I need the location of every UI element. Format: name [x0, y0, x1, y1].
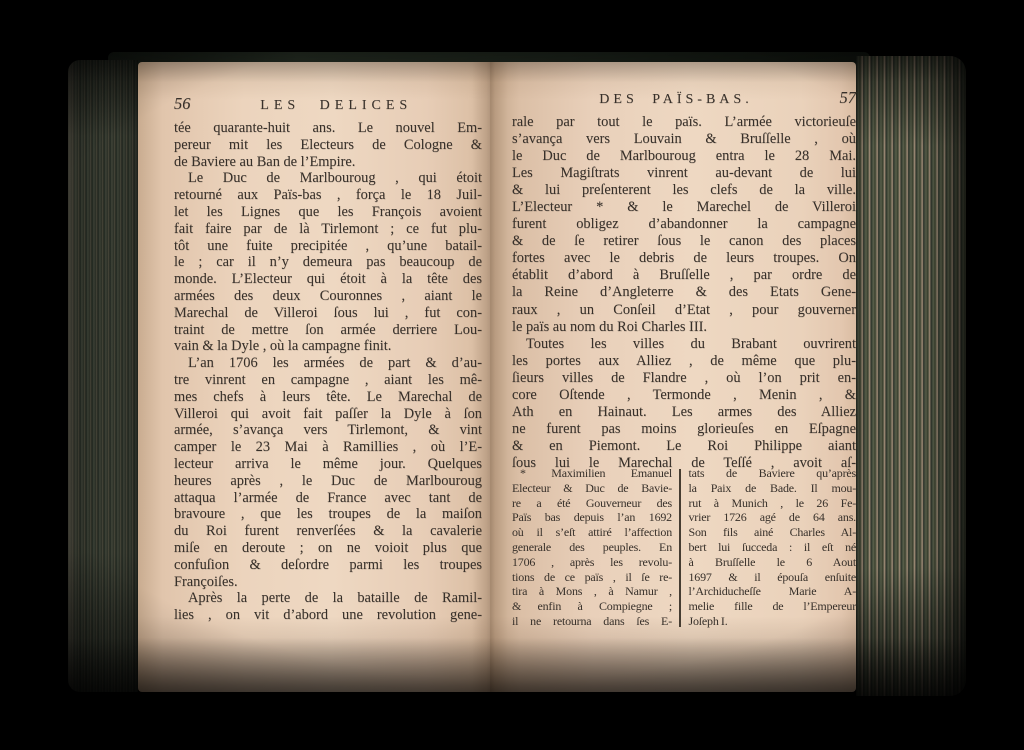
- right-page-header: DES PAÏS-BAS. 57: [512, 88, 856, 110]
- left-page-text: 56 LES DELICES tée quarante-huit ans. Le…: [174, 94, 482, 624]
- text-line: Son fils ainé Charles Al-: [689, 525, 857, 540]
- right-page-number: 57: [822, 88, 856, 108]
- text-line: le païs au nom du Roi Charles III.: [512, 319, 856, 336]
- footnote: * Maximilien EmanuelElecteur & Duc de Ba…: [512, 466, 856, 629]
- text-line: tira à Mons , à Namur ,: [512, 584, 672, 599]
- left-page-body: tée quarante-huit ans. Le nouvel Em-pere…: [174, 120, 482, 624]
- text-line: vrier 1726 agé de 64 ans.: [689, 510, 857, 525]
- book-photo: 56 LES DELICES tée quarante-huit ans. Le…: [0, 0, 1024, 750]
- text-line: retourné aux Païs-bas , força le 18 Juil…: [174, 187, 482, 204]
- text-line: heures après , le Duc de Marlbouroug: [174, 473, 482, 490]
- text-line: L’Electeur * & le Marechel de Villeroi: [512, 199, 856, 216]
- text-line: fait faire par de là Tirlemont ; ce fut …: [174, 221, 482, 238]
- text-line: lecteur arriva le même jour. Quelques: [174, 456, 482, 473]
- text-line: il ne retourna dans ſes E-: [512, 614, 672, 629]
- right-page-text: DES PAÏS-BAS. 57 rale par tout le païs. …: [512, 88, 856, 472]
- text-line: la Paix de Bade. Il mou-: [689, 481, 857, 496]
- text-line: lies , on vit d’abord une revolution gen…: [174, 607, 482, 624]
- text-line: let les Lignes que les François avoient: [174, 204, 482, 221]
- text-line: furent obligez d’abandonner la campagne: [512, 216, 856, 233]
- text-line: la Reine d’Angleterre & des Etats Gene-: [512, 284, 856, 301]
- text-line: du Roi furent renverſées & la cavalerie: [174, 523, 482, 540]
- text-line: Electeur & Duc de Bavie-: [512, 481, 672, 496]
- text-line: & lui preſenterent les clefs de la ville…: [512, 182, 856, 199]
- text-line: fortes avec le debris de leurs troupes. …: [512, 250, 856, 267]
- footnote-column-1: * Maximilien EmanuelElecteur & Duc de Ba…: [512, 466, 672, 629]
- text-line: generale des peuples. En: [512, 540, 672, 555]
- text-line: tée quarante-huit ans. Le nouvel Em-: [174, 120, 482, 137]
- right-fore-edge: [856, 56, 966, 696]
- text-line: ſieurs villes de Flandre , où l’on prit …: [512, 370, 856, 387]
- text-line: le Duc de Marlbouroug entra le 28 Mai.: [512, 148, 856, 165]
- text-line: Toutes les villes du Brabant ouvrirent: [512, 336, 856, 353]
- text-line: les portes aux Alliez , de même que plu-: [512, 353, 856, 370]
- text-line: Le Duc de Marlbouroug , qui étoit: [174, 170, 482, 187]
- left-page: 56 LES DELICES tée quarante-huit ans. Le…: [138, 62, 490, 692]
- text-line: confuſion & deſordre parmi les troupes: [174, 557, 482, 574]
- right-page: DES PAÏS-BAS. 57 rale par tout le païs. …: [490, 62, 856, 692]
- text-line: mes chefs à leurs tête. Le Marechal de: [174, 389, 482, 406]
- text-line: rut à Munich , le 26 Fe-: [689, 496, 857, 511]
- text-line: miſe en deroute ; on ne voioit plus que: [174, 540, 482, 557]
- text-line: Païs bas depuis l’an 1692: [512, 510, 672, 525]
- text-line: tats de Baviere qu’après: [689, 466, 857, 481]
- text-line: Les Magiſtrats vinrent au-devant de lui: [512, 165, 856, 182]
- open-book: 56 LES DELICES tée quarante-huit ans. Le…: [68, 50, 966, 700]
- text-line: pereur mit les Electeurs de Cologne &: [174, 137, 482, 154]
- text-line: Après la perte de la bataille de Ramil-: [174, 590, 482, 607]
- footnote-divider: [679, 469, 681, 627]
- text-line: bert lui ſucceda : il eſt né: [689, 540, 857, 555]
- text-line: Joſeph I.: [689, 614, 857, 629]
- text-line: raux , un Conſeil d’Etat , pour gouverne…: [512, 302, 856, 319]
- text-line: melie fille de l’Empereur: [689, 599, 857, 614]
- text-line: armées des deux Couronnes , aiant le: [174, 288, 482, 305]
- text-line: core Oſtende , Termonde , Menin , &: [512, 387, 856, 404]
- right-running-head: DES PAÏS-BAS.: [512, 92, 822, 108]
- text-line: l’Archiducheſſe Marie A-: [689, 584, 857, 599]
- text-line: où il s’eſt attiré l’affection: [512, 525, 672, 540]
- right-page-body: rale par tout le païs. L’armée victorieu…: [512, 114, 856, 472]
- left-fore-edge: [68, 60, 138, 692]
- text-line: traint de mettre ſon armée derriere Lou-: [174, 322, 482, 339]
- text-line: & de ſe retirer ſous le canon des places: [512, 233, 856, 250]
- text-line: re a été Gouverneur des: [512, 496, 672, 511]
- text-line: tôt une fuite precipitée , qu’une batail…: [174, 238, 482, 255]
- text-line: à Bruſſelle le 6 Aout: [689, 555, 857, 570]
- text-line: établit d’abord à Bruſſelle , par ordre …: [512, 267, 856, 284]
- text-line: Marechal de Villeroi ſous lui , fut con-: [174, 305, 482, 322]
- text-line: 1706 , après les revolu-: [512, 555, 672, 570]
- footnote-column-2: tats de Baviere qu’aprèsla Paix de Bade.…: [689, 466, 857, 629]
- text-line: & enfin à Compiegne ;: [512, 599, 672, 614]
- text-line: vain & la Dyle , où la campagne finit.: [174, 338, 482, 355]
- text-line: * Maximilien Emanuel: [512, 466, 672, 481]
- text-line: 1697 & il épouſa enſuite: [689, 570, 857, 585]
- text-line: s’avança vers Louvain & Bruſſelle , où: [512, 131, 856, 148]
- left-page-number: 56: [174, 94, 191, 114]
- text-line: tions de ce païs , il ſe re-: [512, 570, 672, 585]
- text-line: ne furent pas moins glorieuſes en Eſpagn…: [512, 421, 856, 438]
- text-line: attaqua l’armée de France avec tant de: [174, 490, 482, 507]
- text-line: & en Piemont. Le Roi Philippe aiant: [512, 438, 856, 455]
- text-line: tre vinrent en campagne , aiant les mê-: [174, 372, 482, 389]
- text-line: Villeroi qui avoit fait paſſer la Dyle à…: [174, 406, 482, 423]
- text-line: Ath en Hainaut. Les armes des Alliez: [512, 404, 856, 421]
- text-line: rale par tout le païs. L’armée victorieu…: [512, 114, 856, 131]
- text-line: L’an 1706 les armées de part & d’au-: [174, 355, 482, 372]
- left-running-head: LES DELICES: [191, 98, 483, 114]
- text-line: camper le 23 Mai à Ramillies , où l’E-: [174, 439, 482, 456]
- text-line: armée, s’avança vers Tirlemont, & vint: [174, 422, 482, 439]
- text-line: de Baviere au Ban de l’Empire.: [174, 154, 482, 171]
- text-line: bravoure , que les troupes de la maiſon: [174, 506, 482, 523]
- text-line: Françoiſes.: [174, 574, 482, 591]
- left-page-header: 56 LES DELICES: [174, 94, 482, 116]
- text-line: le ; car il n’y demeura pas beaucoup de: [174, 254, 482, 271]
- text-line: monde. L’Electeur qui étoit à la tête de…: [174, 271, 482, 288]
